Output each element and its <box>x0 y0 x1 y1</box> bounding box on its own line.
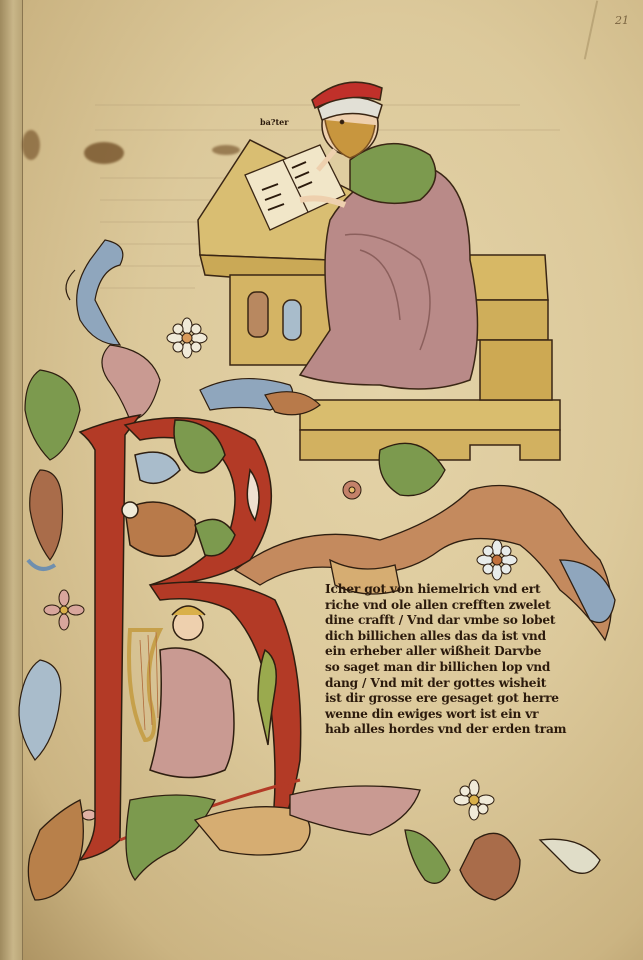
text-line: riche vnd ole allen crefften zwelet <box>325 598 565 614</box>
scribe-label: ba?ter <box>260 118 288 126</box>
text-line: dich billichen alles das da ist vnd <box>325 629 565 645</box>
text-line: dine crafft / Vnd dar vmbe so lobet <box>325 613 565 629</box>
text-line: hab alles hordes vnd der erden tram <box>325 722 565 738</box>
scribe-figure <box>300 82 478 389</box>
manuscript-page: 21 <box>0 0 643 960</box>
text-line: ist dir grosse ere gesaget got herre <box>325 691 565 707</box>
text-line: dang / Vnd mit der gottes wisheit <box>325 676 565 692</box>
text-line: Icher got von hiemelrich vnd ert <box>325 582 565 598</box>
text-line: ein erheber aller wißheit Darvbe <box>325 644 565 660</box>
text-line: so saget man dir billichen lop vnd <box>325 660 565 676</box>
manuscript-text-block: Icher got von hiemelrich vnd ert riche v… <box>325 582 565 738</box>
text-line: wenne din ewiges wort ist ein vr <box>325 707 565 723</box>
illumination <box>0 0 643 960</box>
initial-letter-H <box>80 415 301 860</box>
